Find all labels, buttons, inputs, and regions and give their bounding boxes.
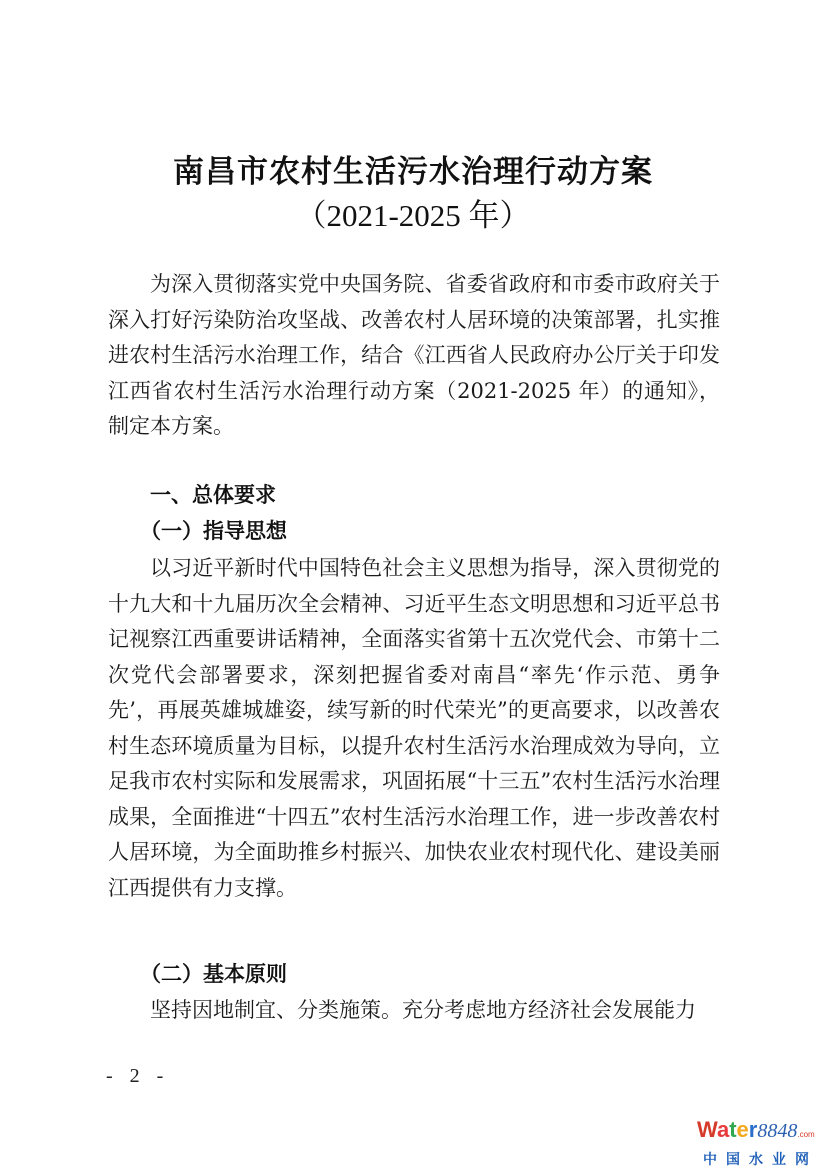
subsection-heading-guiding-ideology: （一）指导思想 bbox=[140, 515, 287, 545]
logo-letter-a: a bbox=[717, 1117, 729, 1142]
document-title: 南昌市农村生活污水治理行动方案 bbox=[0, 146, 826, 191]
logo-chinese-name: 中国水业网 bbox=[697, 1149, 823, 1169]
subsection-heading-basic-principles: （二）基本原则 bbox=[140, 958, 287, 988]
logo-letter-t: t bbox=[729, 1117, 736, 1142]
watermark-logo: Water8848.com 中国水业网 bbox=[697, 1118, 823, 1166]
document-page: 南昌市农村生活污水治理行动方案 （2021-2025 年） 为深入贯彻落实党中央… bbox=[0, 0, 826, 1169]
logo-number: 8848 bbox=[757, 1120, 797, 1142]
logo-letter-e: e bbox=[737, 1117, 749, 1142]
page-number: - 2 - bbox=[106, 1065, 169, 1088]
basic-principles-section: 坚持因地制宜、分类施策。充分考虑地方经济社会发展能力 bbox=[108, 993, 720, 1029]
logo-wordmark: Water8848.com bbox=[697, 1118, 823, 1147]
guiding-ideology-section: 以习近平新时代中国特色社会主义思想为指导，深入贯彻党的十九大和十九届历次全会精神… bbox=[108, 551, 720, 906]
logo-domain-suffix: .com bbox=[797, 1130, 814, 1139]
basic-principles-paragraph: 坚持因地制宜、分类施策。充分考虑地方经济社会发展能力 bbox=[108, 993, 720, 1029]
guiding-ideology-paragraph: 以习近平新时代中国特色社会主义思想为指导，深入贯彻党的十九大和十九届历次全会精神… bbox=[108, 551, 720, 906]
logo-letter-w: W bbox=[697, 1117, 717, 1142]
section-heading-overall-requirements: 一、总体要求 bbox=[150, 479, 276, 509]
document-subtitle: （2021-2025 年） bbox=[0, 190, 826, 235]
intro-section: 为深入贯彻落实党中央国务院、省委省政府和市委市政府关于深入打好污染防治攻坚战、改… bbox=[108, 267, 720, 445]
intro-paragraph: 为深入贯彻落实党中央国务院、省委省政府和市委市政府关于深入打好污染防治攻坚战、改… bbox=[108, 267, 720, 445]
